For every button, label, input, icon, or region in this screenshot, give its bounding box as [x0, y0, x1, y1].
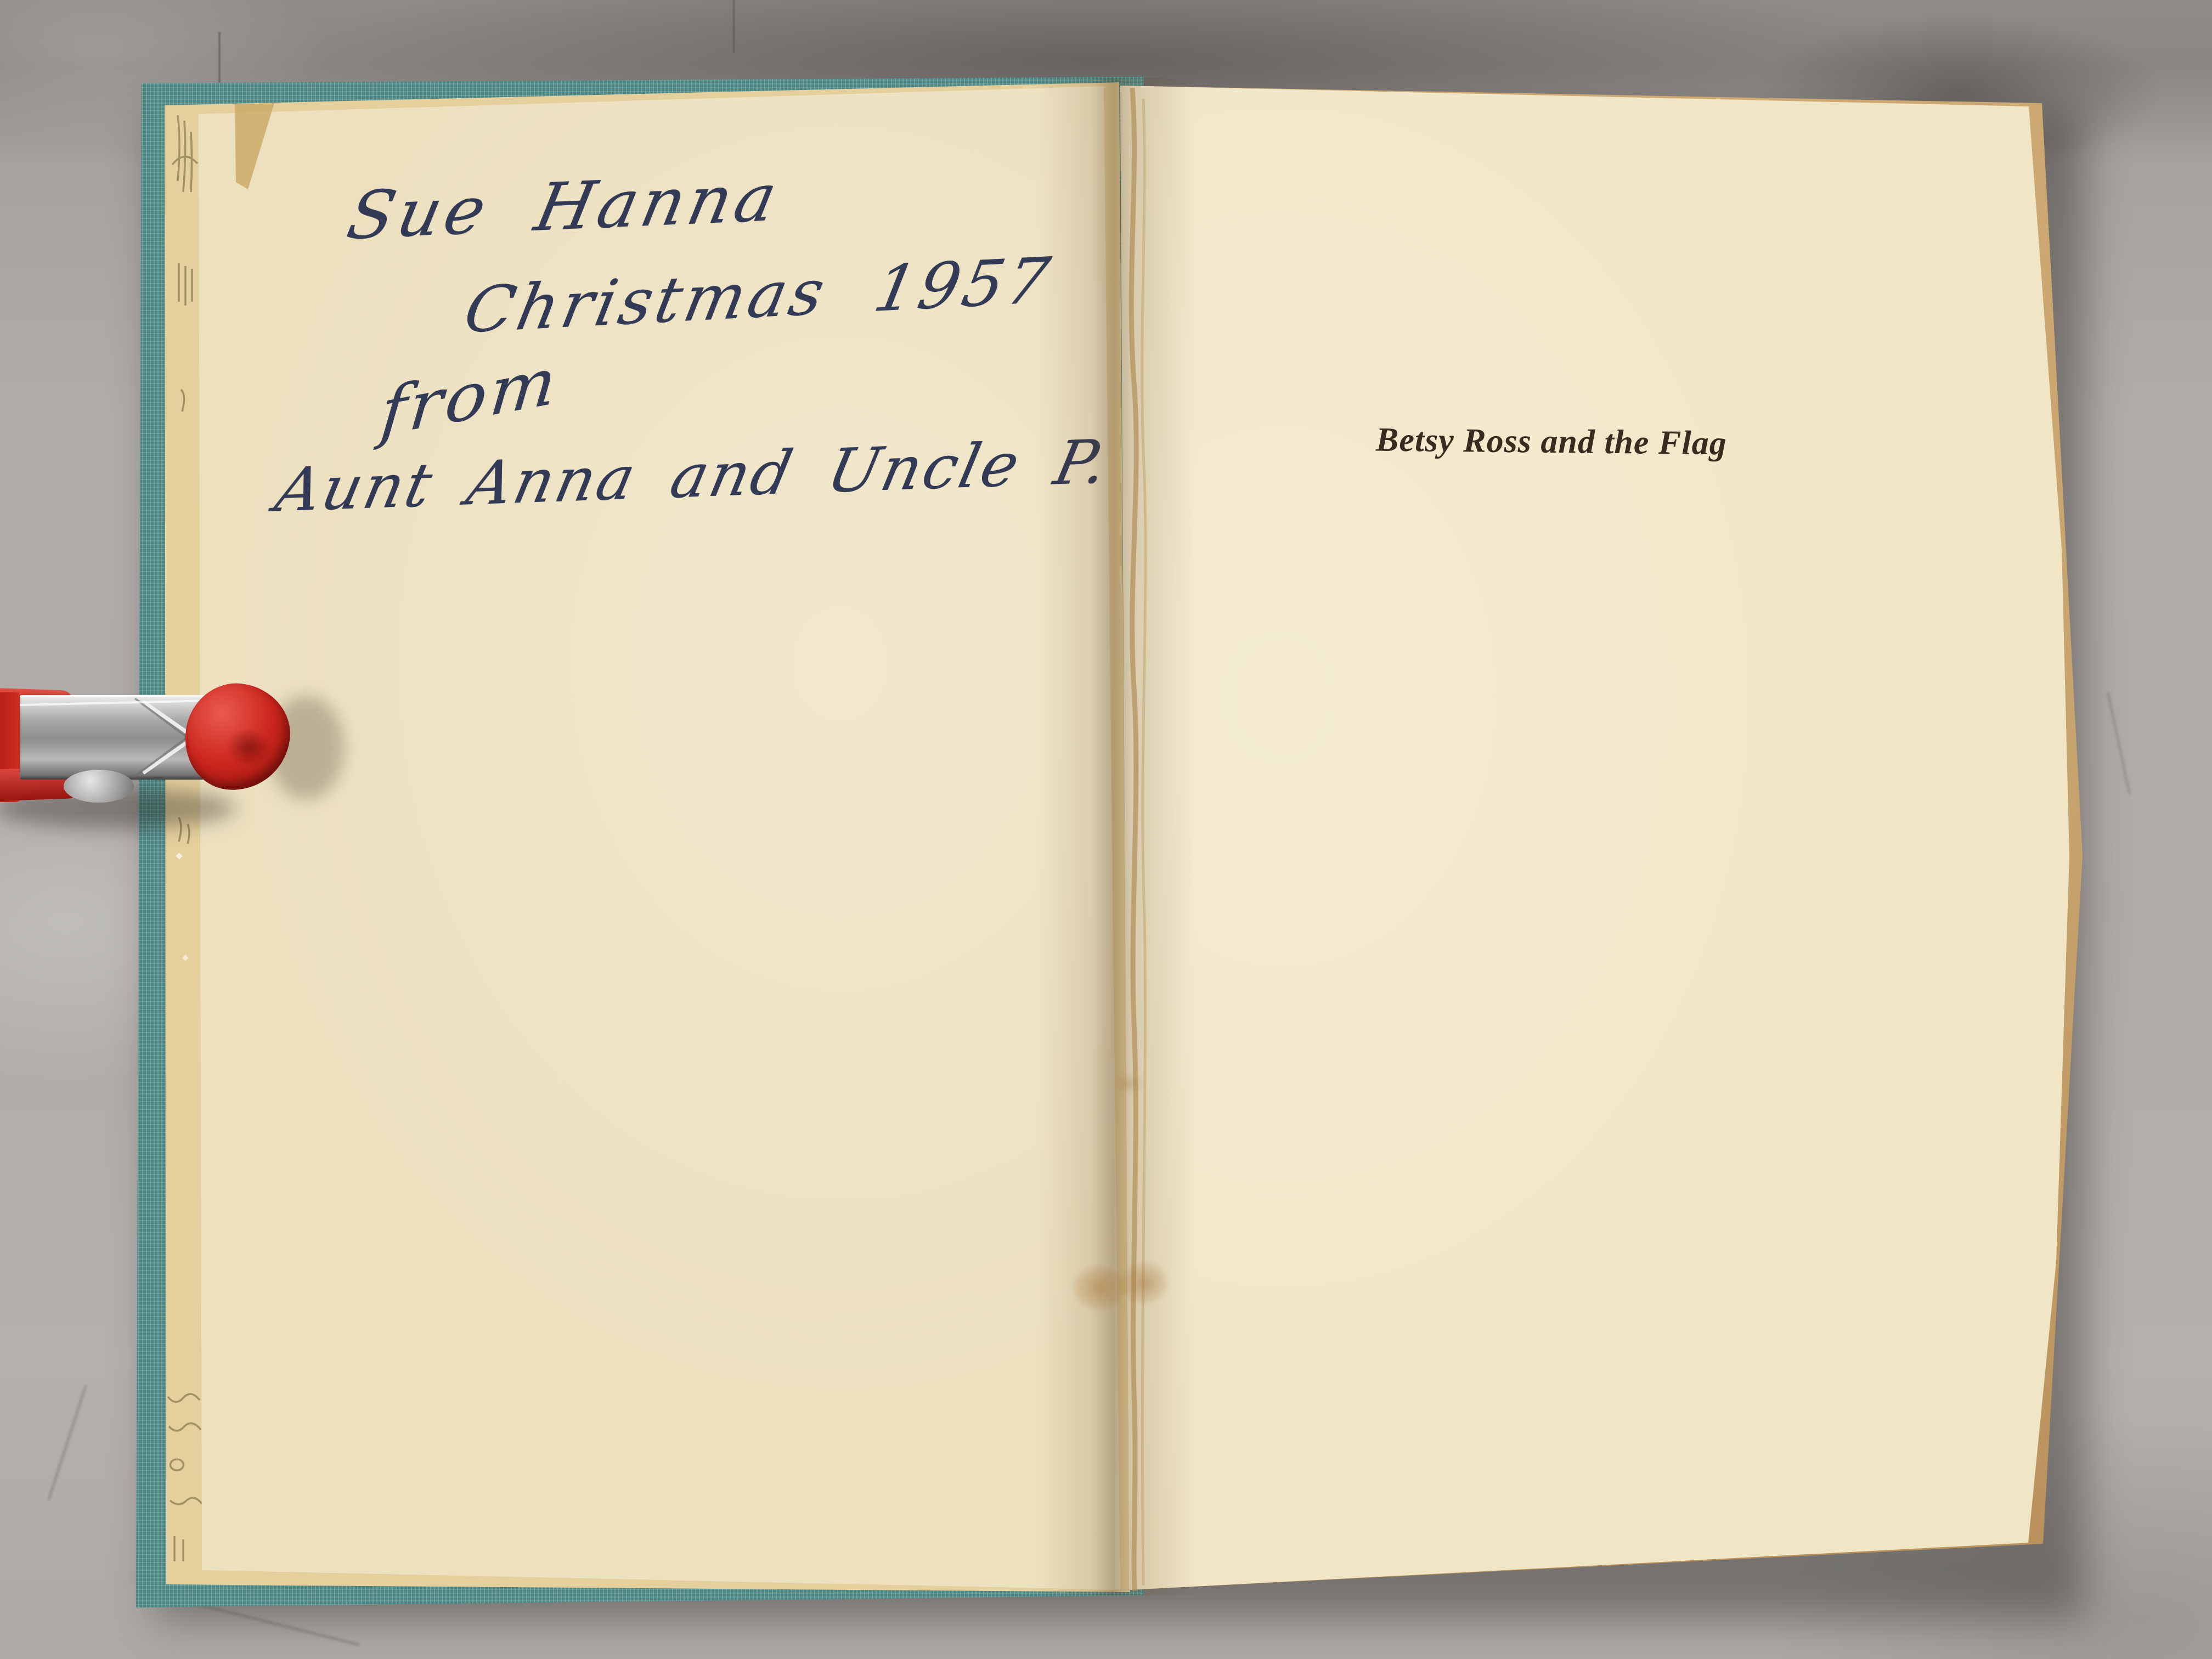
- clamp-metal-body: [20, 695, 213, 780]
- background-scuff: [47, 1385, 87, 1501]
- background-surface: Sue Hanna Christmas 1957 from Aunt Anna …: [0, 0, 2212, 1659]
- background-scuff: [2107, 692, 2130, 795]
- page-title: Betsy Ross and the Flag: [1376, 421, 1739, 464]
- clamp-chevron-crease-icon: [20, 695, 213, 780]
- faint-stain-spot: [1114, 1073, 1144, 1094]
- background-scratch: [733, 0, 735, 53]
- gutter-shadow: [1037, 78, 1196, 1595]
- stain-spot: [1064, 1252, 1174, 1321]
- background-scratch: [218, 32, 221, 87]
- clamp-rivet: [64, 770, 134, 803]
